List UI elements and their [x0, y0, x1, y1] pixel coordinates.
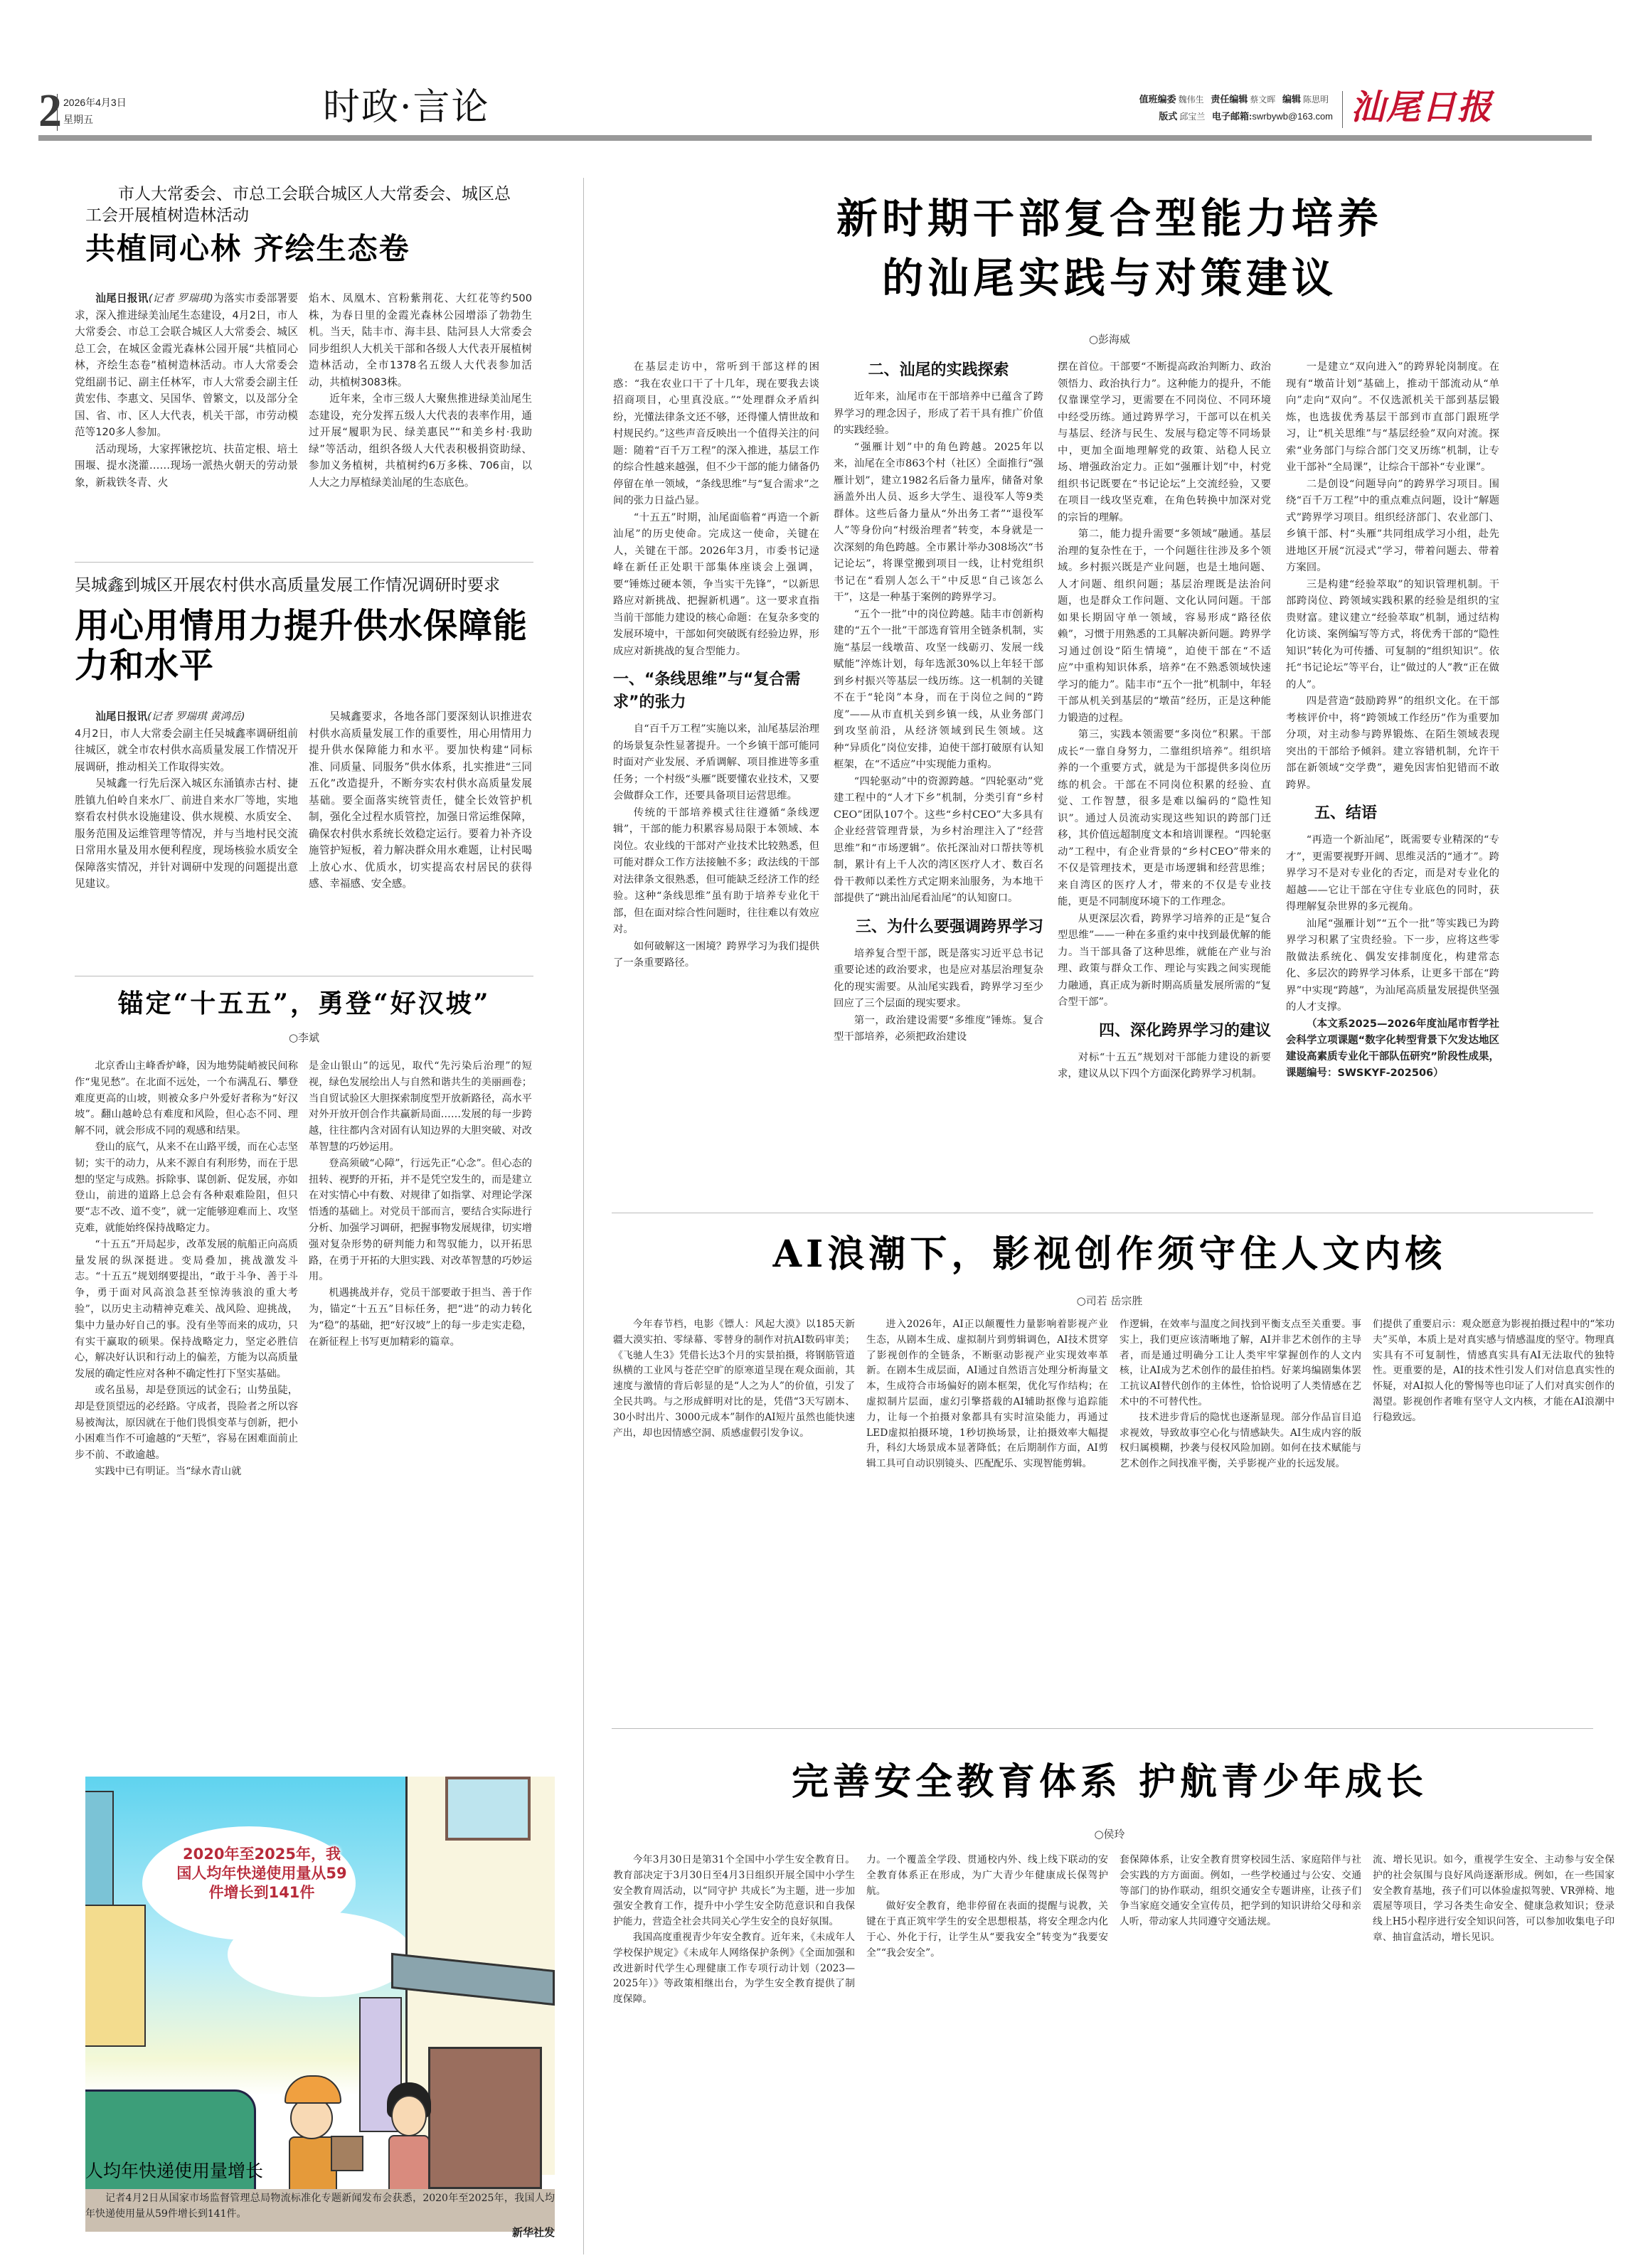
paragraph: 作逻辑，在效率与温度之间找到平衡支点至关重要。事实上，我们更应该清晰地了解，AI…	[1120, 1317, 1361, 1410]
safety-byline: ○侯玲	[612, 1826, 1607, 1841]
editor-name: 陈思明	[1303, 95, 1329, 105]
paragraph: 机遇挑战并存，党员干部要敢于担当、善于作为，锚定“十五五”目标任务，把“进”的动…	[309, 1285, 532, 1350]
section-heading: 二、汕尾的实践探索	[834, 359, 1043, 382]
lead-tag: 汕尾日报讯	[95, 292, 149, 304]
research-project-note: （本文系2025—2026年度汕尾市哲学社会科学立项课题“数字化转型背景下欠发达…	[1286, 1016, 1499, 1082]
safety-headline: 完善安全教育体系 护航青少年成长	[612, 1757, 1607, 1808]
ai-headline: AI浪潮下，影视创作须守住人文内核	[612, 1229, 1607, 1280]
express-body: 记者4月2日从国家市场监督管理总局物流标准化专题新闻发布会获悉，2020年至20…	[85, 2190, 555, 2222]
ai-col4: 们提供了重要启示：观众愿意为影视拍摄过程中的“笨功夫”买单，本质上是对真实感与情…	[1373, 1317, 1615, 1701]
column-divider	[583, 178, 584, 2254]
paragraph: 第一，政治建设需要“多维度”锤炼。复合型干部培养，必须把政治建设	[834, 1013, 1043, 1046]
ai-col2: 进入2026年，AI正以颠覆性力量影响着影视产业生态，从剧本生成、虚拟制片到剪辑…	[866, 1317, 1108, 1701]
reporter-byline: (记者 罗瑞琪)	[149, 292, 213, 304]
email-address[interactable]: swrbywb@163.com	[1252, 111, 1333, 122]
paragraph: 今年3月30日是第31个全国中小学生安全教育日。教育部决定于3月30日至4月3日…	[613, 1853, 855, 1930]
paragraph: 四是营造“鼓励跨界”的组织文化。在干部考核评价中，将“跨领域工作经历”作为重要加…	[1286, 693, 1499, 794]
cadre-col4: 一是建立“双向进入”的跨界轮岗制度。在现有“墩苗计划”基础上，推动干部流动从“单…	[1286, 359, 1499, 1198]
masthead: 2 2026年4月3日 星期五 时政·言论 值班编委魏伟生 责任编辑蔡文晖 编辑…	[38, 84, 1592, 138]
date-block: 2026年4月3日 星期五	[57, 94, 127, 131]
paragraph: 一是建立“双向进入”的跨界轮岗制度。在现有“墩苗计划”基础上，推动干部流动从“单…	[1286, 359, 1499, 477]
cadre-col1: 在基层走访中，常听到干部这样的困惑：“我在农业口干了十几年，现在要我去谈招商项目…	[613, 359, 819, 1198]
issue-date: 2026年4月3日	[63, 94, 127, 111]
section-heading: 四、深化跨界学习的建议	[1058, 1020, 1271, 1043]
paragraph: 做好安全教育，绝非停留在表面的提醒与说教，关键在于真正筑牢学生的安全思想根基，将…	[866, 1899, 1108, 1961]
paragraph: 流、增长见识。如今，重视学生安全、主动参与安全保护的社会氛围与良好风尚逐渐形成。…	[1373, 1853, 1615, 1946]
commentary-col2: 是金山银山”的远见，取代“先污染后治理”的短视，绿色发展绘出人与自然和谐共生的美…	[309, 1058, 532, 1720]
water-article-col1: 汕尾日报讯(记者 罗瑞琪 黄鸿岳) 4月2日，市人大常委会副主任吴城鑫率调研组前…	[75, 708, 298, 893]
layout-label: 版式	[1159, 111, 1177, 122]
duty-editor-label: 值班编委	[1139, 94, 1176, 105]
safety-col4: 流、增长见识。如今，重视学生安全、主动参与安全保护的社会氛围与良好风尚逐渐形成。…	[1373, 1853, 1615, 2251]
paragraph: 为落实市委部署要求，深入推进绿美汕尾生态建设，4月2日，市人大常委会、市总工会联…	[75, 292, 298, 438]
paragraph: 或名虽易，却是登顶远的试金石；山势虽陡，却是登顶望远的必经路。守成者，畏险者之所…	[75, 1383, 298, 1464]
newspaper-logo: 汕尾日报	[1351, 84, 1493, 131]
paragraph: 是金山银山”的远见，取代“先污染后治理”的短视，绿色发展绘出人与自然和谐共生的美…	[309, 1058, 532, 1156]
paragraph: 在基层走访中，常听到干部这样的困惑：“我在农业口干了十几年，现在要我去谈招商项目…	[613, 359, 819, 510]
brand-divider	[1342, 91, 1343, 128]
section-title: 时政·言论	[323, 84, 490, 131]
paragraph: 力。一个覆盖全学段、贯通校内外、线上线下联动的安全教育体系正在形成，为广大青少年…	[866, 1853, 1108, 1899]
ai-col1: 今年春节档，电影《镖人：风起大漠》以185天新疆大漠实拍、零绿幕、零替身的制作对…	[613, 1317, 855, 1701]
paragraph: 自“百千万工程”实施以来，汕尾基层治理的场景复杂性显著提升。一个乡镇干部可能同时…	[613, 721, 819, 805]
express-source: 新华社发	[427, 2225, 555, 2240]
email-label: 电子邮箱:	[1212, 111, 1252, 122]
water-article-col2: 吴城鑫要求，各地各部门要深刻认识推进农村供水高质量发展工作的重要性，用心用情用力…	[309, 708, 532, 893]
paragraph: “五个一批”中的岗位跨越。陆丰市创新构建的“五个一批”干部选育管用全链条机制，实…	[834, 607, 1043, 774]
duty-editor-name: 魏伟生	[1179, 95, 1204, 105]
paragraph: 从更深层次看，跨界学习培养的正是“复合型思维”——一种在多重约束中找到最优解的能…	[1058, 911, 1271, 1011]
paragraph: “再造一个新汕尾”，既需要专业精深的“专才”，更需要视野开阔、思维灵活的“通才”…	[1286, 832, 1499, 916]
commentary-byline: ○李斌	[75, 1030, 533, 1045]
parcel-icon	[331, 2136, 363, 2171]
paragraph: 进入2026年，AI正以颠覆性力量影响着影视产业生态，从剧本生成、虚拟制片到剪辑…	[866, 1317, 1108, 1472]
paragraph: “强雁计划”中的角色跨越。2025年以来，汕尾在全市863个村（社区）全面推行“…	[834, 440, 1043, 607]
issue-weekday: 星期五	[63, 111, 127, 128]
paragraph: 们提供了重要启示：观众愿意为影视拍摄过程中的“笨功夫”买单，本质上是对真实感与情…	[1373, 1317, 1615, 1426]
divider	[75, 976, 533, 976]
editor-credits: 值班编委魏伟生 责任编辑蔡文晖 编辑陈思明 版式邱宝兰 电子邮箱:swrbywb…	[1034, 91, 1333, 125]
paragraph: 培养复合型干部，既是落实习近平总书记重要论述的政治要求，也是应对基层治理复杂化的…	[834, 946, 1043, 1013]
paragraph: 记者4月2日从国家市场监督管理总局物流标准化专题新闻发布会获悉，2020年至20…	[85, 2190, 555, 2222]
editor-label: 编辑	[1282, 94, 1301, 105]
paragraph: 实践中已有明证。当“绿水青山就	[75, 1464, 298, 1480]
cadre-col3: 摆在首位。干部要“不断提高政治判断力、政治领悟力、政治执行力”。这种能力的提升，…	[1058, 359, 1271, 1198]
cadre-headline-line1: 新时期干部复合型能力培养	[612, 191, 1607, 246]
paragraph: 第二，能力提升需要“多领域”融通。基层治理的复杂性在于，一个问题往往涉及多个领域…	[1058, 526, 1271, 727]
reporter-byline: (记者 罗瑞琪 黄鸿岳)	[147, 710, 245, 723]
paragraph: 传统的干部培养模式往往遵循“条线逻辑”，干部的能力积累容易局限于本领域、本岗位。…	[613, 805, 819, 939]
paragraph: “四轮驱动”中的资源跨越。“四轮驱动”党建工程中的“人才下乡”机制，分类引育“乡…	[834, 774, 1043, 907]
tree-article-col1: 汕尾日报讯(记者 罗瑞琪)为落实市委部署要求，深入推进绿美汕尾生态建设，4月2日…	[75, 290, 298, 491]
tree-article-col2: 焰木、凤凰木、宫粉紫荆花、大红花等约500株，为春日里的金霞光森林公园增添了勃勃…	[309, 290, 532, 491]
divider	[75, 562, 533, 563]
section-heading: 三、为什么要强调跨界学习	[834, 916, 1043, 939]
paragraph: 三是构建“经验萃取”的知识管理机制。干部跨岗位、跨领域实践积累的经验是组织的宝贵…	[1286, 577, 1499, 694]
paragraph: 北京香山主峰香炉峰，因为地势陡峭被民间称作“鬼见愁”。在北面不远处，一个布满乱石…	[75, 1058, 298, 1139]
express-headline: 人均年快递使用量增长	[85, 2160, 263, 2183]
cadre-byline: ○彭海威	[612, 331, 1607, 346]
paragraph: 近年来，汕尾市在干部培养中已蕴含了跨界学习的理念因子，形成了若干具有推广价值的实…	[834, 389, 1043, 440]
layout-name: 邱宝兰	[1179, 112, 1205, 122]
paragraph: 技术进步背后的隐忧也逐渐显现。部分作品盲目追求视效，导致故事空心化与情感缺失。A…	[1120, 1410, 1361, 1472]
paragraph: 二是创设“问题导向”的跨界学习项目。围绕“百千万工程”中的重点难点问题，设计“解…	[1286, 477, 1499, 577]
commentary-headline: 锚定“十五五”，勇登“好汉坡”	[75, 985, 533, 1022]
tree-article-kicker: 市人大常委会、市总工会联合城区人大常委会、城区总工会开展植树造林活动	[85, 183, 526, 226]
commentary-col1: 北京香山主峰香炉峰，因为地势陡峭被民间称作“鬼见愁”。在北面不远处，一个布满乱石…	[75, 1058, 298, 1720]
safety-col1: 今年3月30日是第31个全国中小学生安全教育日。教育部决定于3月30日至4月3日…	[613, 1853, 855, 2251]
paragraph: 如何破解这一困境？跨界学习为我们提供了一条重要路径。	[613, 939, 819, 972]
cadre-col2: 二、汕尾的实践探索 近年来，汕尾市在干部培养中已蕴含了跨界学习的理念因子，形成了…	[834, 359, 1043, 1198]
safety-col2: 力。一个覆盖全学段、贯通校内外、线上线下联动的安全教育体系正在形成，为广大青少年…	[866, 1853, 1108, 2251]
illustration-caption: 2020年至2025年，我国人均年快递使用量从59件增长到141件	[176, 1845, 347, 1902]
ai-byline: ○司若 岳宗胜	[612, 1293, 1607, 1308]
tree-article-headline: 共植同心林 齐绘生态卷	[85, 229, 410, 269]
ai-col3: 作逻辑，在效率与温度之间找到平衡支点至关重要。事实上，我们更应该清晰地了解，AI…	[1120, 1317, 1361, 1701]
water-article-headline: 用心用情用力提升供水保障能力和水平	[75, 606, 537, 686]
divider	[612, 1213, 1593, 1213]
paragraph: 吴城鑫要求，各地各部门要深刻认识推进农村供水高质量发展工作的重要性，用心用情用力…	[309, 708, 532, 893]
chief-editor-name: 蔡文晖	[1250, 95, 1275, 105]
paragraph: 第三，实践本领需要“多岗位”积累。干部成长“一靠自身努力，二靠组织培养”。组织培…	[1058, 727, 1271, 911]
lead-tag: 汕尾日报讯	[95, 710, 147, 723]
paragraph: 今年春节档，电影《镖人：风起大漠》以185天新疆大漠实拍、零绿幕、零替身的制作对…	[613, 1317, 855, 1441]
paragraph: 吴城鑫一行先后深入城区东涌镇赤古村、捷胜镇九伯岭自来水厂、前进自来水厂等地，实地…	[75, 775, 298, 893]
recipient-figure	[384, 2082, 434, 2196]
paragraph: 近年来，全市三级人大聚焦推进绿美汕尾生态建设，充分发挥五级人大代表的表率作用，通…	[309, 390, 532, 491]
paragraph: 活动现场，大家挥锹挖坑、扶苗定根、培土围堰、提水浇灌……现场一派热火朝天的劳动景…	[75, 441, 298, 491]
paragraph: 汕尾“强雁计划”“五个一批”等实践已为跨界学习积累了宝贵经验。下一步，应将这些零…	[1286, 916, 1499, 1016]
paragraph: “十五五”时期，汕尾面临着“再造一个新汕尾”的历史使命。完成这一使命，关键在人，…	[613, 510, 819, 661]
paragraph: 套保障体系，让安全教育贯穿校园生活、家庭陪伴与社会实践的方方面面。例如，一些学校…	[1120, 1853, 1361, 1930]
cadre-headline-line2: 的汕尾实践与对策建议	[612, 250, 1607, 306]
paragraph: 对标“十五五”规划对干部能力建设的新要求，建议从以下四个方面深化跨界学习机制。	[1058, 1050, 1271, 1083]
safety-col3: 套保障体系，让安全教育贯穿校园生活、家庭陪伴与社会实践的方方面面。例如，一些学校…	[1120, 1853, 1361, 2251]
masthead-rule	[38, 135, 1592, 141]
paragraph: 4月2日，市人大常委会副主任吴城鑫率调研组前往城区，就全市农村供水高质量发展工作…	[75, 725, 298, 776]
paragraph: 摆在首位。干部要“不断提高政治判断力、政治领悟力、政治执行力”。这种能力的提升，…	[1058, 359, 1271, 526]
paragraph: 我国高度重视青少年安全教育。近年来，《未成年人学校保护规定》《未成年人网络保护条…	[613, 1930, 855, 2008]
section-heading: 一、“条线思维”与“复合需求”的张力	[613, 669, 819, 714]
paragraph: 登山的底气，从来不在山路平缓，而在心志坚韧；实干的动力，从来不源自有利形势，而在…	[75, 1139, 298, 1237]
paragraph: 焰木、凤凰木、宫粉紫荆花、大红花等约500株，为春日里的金霞光森林公园增添了勃勃…	[309, 290, 532, 390]
divider	[612, 1728, 1593, 1729]
water-article-kicker: 吴城鑫到城区开展农村供水高质量发展工作情况调研时要求	[75, 575, 537, 596]
section-heading: 五、结语	[1286, 802, 1499, 825]
chief-editor-label: 责任编辑	[1211, 94, 1248, 105]
paragraph: “十五五”开局起步，改革发展的航船正向高质量发展的纵深挺进。变局叠加，挑战激发斗…	[75, 1237, 298, 1383]
paragraph: 登高须破“心障”，行远先正“心念”。但心态的扭转、视野的开拓，并不是凭空发生的，…	[309, 1156, 532, 1285]
